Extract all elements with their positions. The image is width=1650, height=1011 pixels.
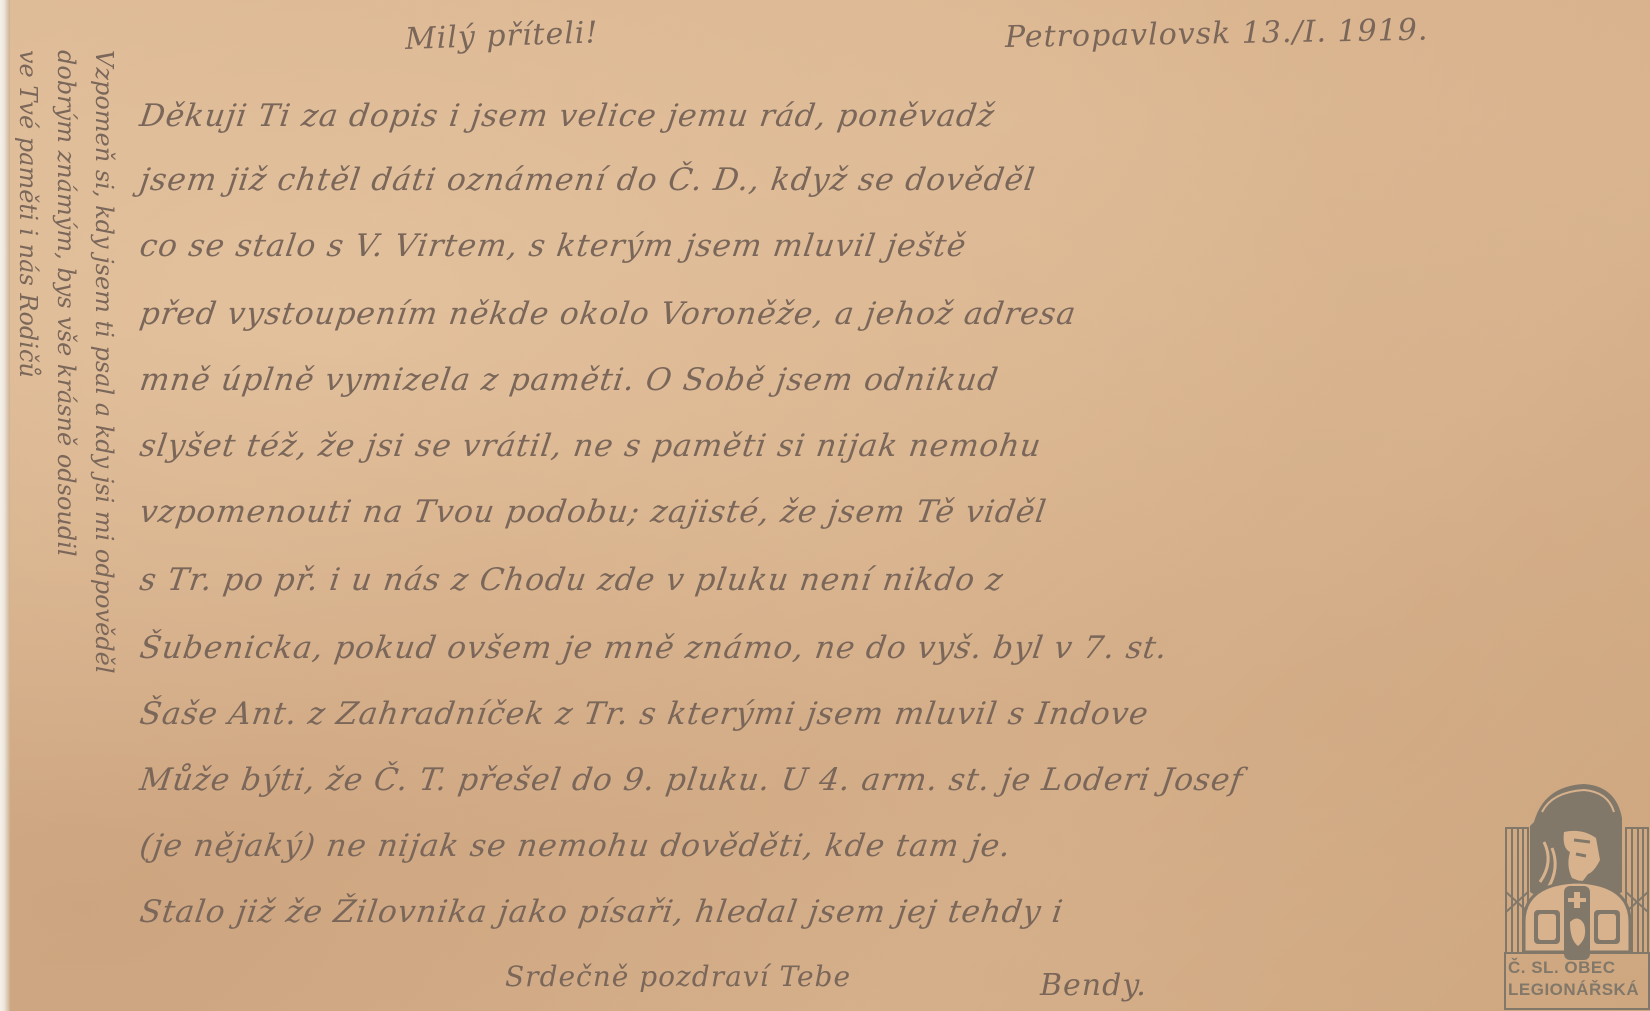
body-line: (je nějaký) ne nijak se nemohu dověděti,…: [137, 828, 1013, 864]
margin-note: ve Tvé paměti i nás Rodičů: [14, 50, 42, 378]
body-line: jsem již chtěl dáti oznámení do Č. D., k…: [137, 162, 1037, 198]
stamp-label-line1: Č. SL. OBEC: [1508, 958, 1638, 978]
stamp-label-line2: LEGIONÁŘSKÁ: [1508, 980, 1638, 1000]
place-date: Petropavlovsk 13./I. 1919.: [1005, 13, 1429, 55]
body-line: před vystoupením někde okolo Voroněže, a…: [137, 296, 1078, 332]
body-line: Šubenicka, pokud ovšem je mně známo, ne …: [137, 630, 1170, 666]
margin-note: Vzpomeň si, kdy jsem ti psal a kdy jsi m…: [90, 50, 118, 674]
card-edge: [0, 0, 10, 1011]
signature: Bendy.: [1040, 968, 1147, 1003]
greeting: Milý příteli!: [404, 15, 599, 57]
body-line: co se stalo s V. Virtem, s kterým jsem m…: [137, 228, 968, 264]
body-line: mně úplně vymizela z paměti. O Sobě jsem…: [137, 362, 1000, 398]
body-line: Stalo již že Žilovnika jako písaři, hled…: [137, 894, 1065, 930]
body-line: Šaše Ant. z Zahradníček z Tr. s kterými …: [137, 696, 1151, 732]
body-line: Může býti, že Č. T. přešel do 9. pluku. …: [137, 762, 1245, 798]
body-line: slyšet též, že jsi se vrátil, ne s pamět…: [137, 428, 1043, 464]
legion-stamp: Č. SL. OBEC LEGIONÁŘSKÁ: [1504, 782, 1650, 1011]
margin-note: dobrým známým, bys vše krásně odsoudil: [52, 50, 80, 557]
body-line: s Tr. po př. i u nás z Chodu zde v pluku…: [137, 562, 1005, 598]
body-line: vzpomenouti na Tvou podobu; zajisté, že …: [137, 494, 1048, 530]
closing: Srdečně pozdraví Tebe: [505, 960, 851, 993]
body-line: Děkuji Ti za dopis i jsem velice jemu rá…: [137, 98, 997, 134]
